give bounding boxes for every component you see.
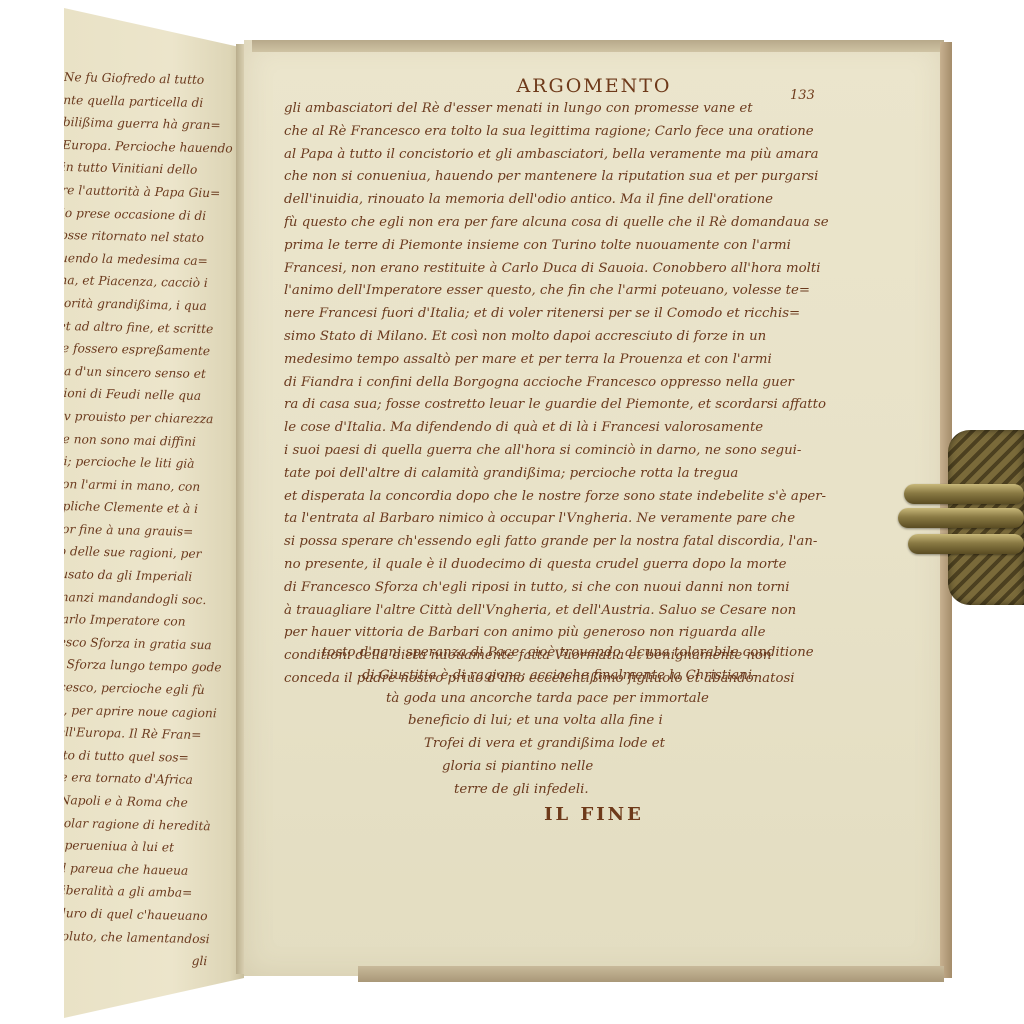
- page-bottom-edge: [358, 966, 944, 982]
- text-line: za d'un sincero senso et: [64, 360, 228, 386]
- text-line: à trauagliare l'altre Città dell'Vngheri…: [284, 600, 924, 623]
- text-line: na, et Piacenza, cacciò i: [64, 269, 230, 295]
- end-heading: IL FINE: [244, 804, 944, 825]
- text-line: torità grandißima, i qua: [64, 292, 229, 318]
- catchword: gli: [64, 947, 216, 973]
- text-line: le cose d'Italia. Ma difendendo di quà e…: [284, 417, 924, 440]
- text-line: prima le terre di Piemonte insieme con T…: [284, 235, 924, 258]
- text-line: ncesco, percioche egli fù: [64, 676, 221, 702]
- text-line: lo Sforza lungo tempo gode-: [64, 653, 222, 679]
- left-page-text: Ne fu Giofredo al tutto nte quella parti…: [64, 66, 234, 973]
- text-line: et disperata la concordia dopo che le no…: [284, 486, 924, 509]
- text-line: simo Stato di Milano. Et così non molto …: [284, 326, 924, 349]
- text-line: ev prouisto per chiarezza: [64, 405, 227, 431]
- text-line: linanzi mandandogli soc.: [64, 586, 223, 612]
- body-text: gli ambasciatori del Rè d'esser menati i…: [284, 98, 924, 691]
- text-line: osse ritornato nel stato: [64, 224, 231, 250]
- text-line: gloria si piantino nelle: [244, 756, 944, 779]
- closing-text: tosto d'ogni speranza di Pace. cioè trou…: [244, 642, 944, 802]
- text-line: i suoi paesi di quella guerra che all'ho…: [284, 440, 924, 463]
- clasp-bar: [898, 508, 1024, 528]
- text-line: to delle sue ragioni, per: [64, 540, 224, 566]
- text-line: tosto d'ogni speranza di Pace. cioè trou…: [244, 642, 944, 665]
- text-line: beneficio di lui; et una volta alla fine…: [244, 710, 944, 733]
- text-line: à Napoli e à Roma che: [64, 789, 219, 815]
- text-line: cesco Sforza in gratia sua: [64, 631, 222, 657]
- text-line: re, per aprire noue cagioni: [64, 698, 221, 724]
- text-line: al Papa à tutto il concistorio et gli am…: [284, 144, 924, 167]
- clasp-bar: [904, 484, 1024, 504]
- text-line: upliche Clemente et à i: [64, 495, 225, 521]
- page-title: ARGOMENTO: [244, 75, 944, 97]
- text-line: medesimo tempo assaltò per mare et per t…: [284, 349, 924, 372]
- text-line: di Fiandra i confini della Borgogna acci…: [284, 372, 924, 395]
- text-line: re perueniua à lui et: [64, 834, 218, 860]
- brass-clasp-icon: [898, 430, 1024, 610]
- text-line: dell'inuidia, rinouato la memoria dell'o…: [284, 189, 924, 212]
- text-line: dell'Europa. Il Rè Fran=: [64, 721, 220, 747]
- text-line: u duro di quel c'haueuano: [64, 902, 216, 928]
- text-line: si possa sperare ch'essendo egli fatto g…: [284, 531, 924, 554]
- page-top-edge: [252, 40, 944, 52]
- text-line: nere Francesi fuori d'Italia; et di vole…: [284, 303, 924, 326]
- text-line: tate poi dell'altre di calamità grandißi…: [284, 463, 924, 486]
- text-line: che al Rè Francesco era tolto la sua leg…: [284, 121, 924, 144]
- text-line: sioni di Feudi nelle qua: [64, 382, 227, 408]
- text-line: ra di casa sua; fosse costretto leuar le…: [284, 394, 924, 417]
- text-line: rato di tutto quel sos=: [64, 744, 220, 770]
- text-line: a liberalità a gli amba=: [64, 879, 217, 905]
- text-line: por fine à una grauis=: [64, 518, 224, 544]
- text-line: no presente, il quale è il duodecimo di …: [284, 554, 924, 577]
- text-line: Francesi, non erano restituite à Carlo D…: [284, 258, 924, 281]
- text-line: con l'armi in mano, con: [64, 473, 225, 499]
- text-line: ze non sono mai diffini: [64, 427, 226, 453]
- text-line: di Francesco Sforza ch'egli riposi in tu…: [284, 577, 924, 600]
- text-line: tà goda una ancorche tarda pace per immo…: [244, 688, 944, 711]
- text-line: ni; percioche le liti già: [64, 450, 226, 476]
- right-page: ARGOMENTO 133 gli ambasciatori del Rè d'…: [244, 40, 944, 976]
- text-line: che non si conueniua, hauendo per manten…: [284, 166, 924, 189]
- text-line: Ne fu Giofredo al tutto: [64, 66, 234, 92]
- text-line: le fossero espreßamente: [64, 337, 228, 363]
- left-page: Ne fu Giofredo al tutto nte quella parti…: [64, 8, 244, 1018]
- text-line: fù questo che egli non era per fare alcu…: [284, 212, 924, 235]
- text-line: re l'auttorità à Papa Giu=: [64, 179, 232, 205]
- text-line: Carlo Imperatore con: [64, 608, 223, 634]
- text-line: cusato da gli Imperiali: [64, 563, 224, 589]
- text-line: ngolar ragione di heredità: [64, 811, 218, 837]
- text-line: terre de gli infedeli.: [244, 779, 944, 802]
- text-line: risoluto, che lamentandosi: [64, 924, 216, 950]
- text-line: l'animo dell'Imperatore esser questo, ch…: [284, 280, 924, 303]
- text-line: Trofei di vera et grandißima lode et: [244, 733, 944, 756]
- text-line: gli ambasciatori del Rè d'esser menati i…: [284, 98, 924, 121]
- text-line: ale era tornato d'Africa: [64, 766, 219, 792]
- text-line: bilißima guerra hà gran=: [64, 111, 233, 137]
- clasp-bar: [908, 534, 1024, 554]
- text-line: ual pareua che haueua: [64, 857, 217, 883]
- text-line: ta l'entrata al Barbaro nimico à occupar…: [284, 508, 924, 531]
- text-line: di Giustitia è di ragione; accioche fina…: [244, 665, 944, 688]
